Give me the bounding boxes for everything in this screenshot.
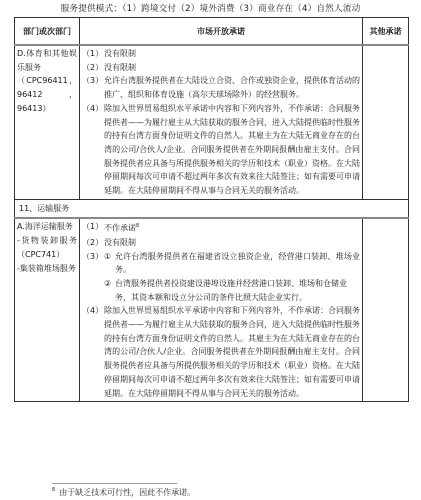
sub-item: ②台湾服务提供者投资建设港埠设施并经营港口装卸、堆场和仓储业务，其资本额和设立分… <box>82 277 360 304</box>
sector-cell: A.海洋运输服务 -货物装卸服务（CPC741） -集装箱堆场服务 <box>15 218 80 401</box>
sector-cell: D.体育和其他娱乐服务 （CPC96411，96412，96413） <box>15 45 80 199</box>
footnote-divider <box>52 483 177 484</box>
section-title: 11、运输服务 <box>15 199 409 218</box>
header-other-commitments: 其他承诺 <box>363 18 409 46</box>
list-item: （1）不作承诺8 <box>82 220 360 235</box>
list-item: （2）没有限制 <box>82 236 360 250</box>
list-item: （4）除加入世界贸易组织水平承诺中内容和下列内容外，不作承诺：合同服务提供者——… <box>82 304 360 400</box>
list-item: （3）允许台湾服务提供者在大陆设立合资、合作或独资企业，提供体育活动的推广、组织… <box>82 74 360 101</box>
sector-name: D.体育和其他娱乐服务 <box>17 47 77 74</box>
service-modes-caption: 服务提供模式：（1）跨境交付（2）境外消费（3）商业存在（4）自然人流动 <box>0 2 421 14</box>
table-row: A.海洋运输服务 -货物装卸服务（CPC741） -集装箱堆场服务 （1）不作承… <box>15 218 409 401</box>
footnote: 8由于缺乏技术可行性，因此不作承诺。 <box>52 487 195 498</box>
market-access-cell: （1）没有限制 （2）没有限制 （3）允许台湾服务提供者在大陆设立合资、合作或独… <box>80 45 363 199</box>
list-item: （4）除加入世界贸易组织水平承诺中内容和下列内容外，不作承诺：合同服务提供者——… <box>82 102 360 198</box>
list-item: （2）没有限制 <box>82 61 360 75</box>
footnote-text: 由于缺乏技术可行性，因此不作承诺。 <box>59 488 195 497</box>
header-sector: 部门或次部门 <box>15 18 80 46</box>
sector-cpc: （CPC96411，96412，96413） <box>17 74 77 115</box>
market-access-cell: （1）不作承诺8 （2）没有限制 （3） ①允许台湾服务提供者在福建省设立独资企… <box>80 218 363 401</box>
sub-sector: -集装箱堆场服务 <box>17 262 77 276</box>
list-item: （3） ①允许台湾服务提供者在福建省设立独资企业，经营港口装卸、堆场业务。 <box>82 250 360 277</box>
table-row: D.体育和其他娱乐服务 （CPC96411，96412，96413） （1）没有… <box>15 45 409 199</box>
footnote-mark: 8 <box>52 487 55 493</box>
section-row: 11、运输服务 <box>15 199 409 218</box>
footnote-ref[interactable]: 8 <box>136 223 139 229</box>
sector-name: A.海洋运输服务 <box>17 220 77 234</box>
commitment-table: 部门或次部门 市场开放承诺 其他承诺 D.体育和其他娱乐服务 （CPC96411… <box>14 17 409 402</box>
header-market-access: 市场开放承诺 <box>80 18 363 46</box>
list-item: （1）没有限制 <box>82 47 360 61</box>
other-commitments-cell <box>363 218 409 401</box>
table-header-row: 部门或次部门 市场开放承诺 其他承诺 <box>15 18 409 46</box>
sub-sector: -货物装卸服务（CPC741） <box>17 234 77 261</box>
other-commitments-cell <box>363 45 409 199</box>
sub-item: ①允许台湾服务提供者在福建省设立独资企业，经营港口装卸、堆场业务。 <box>104 250 360 277</box>
